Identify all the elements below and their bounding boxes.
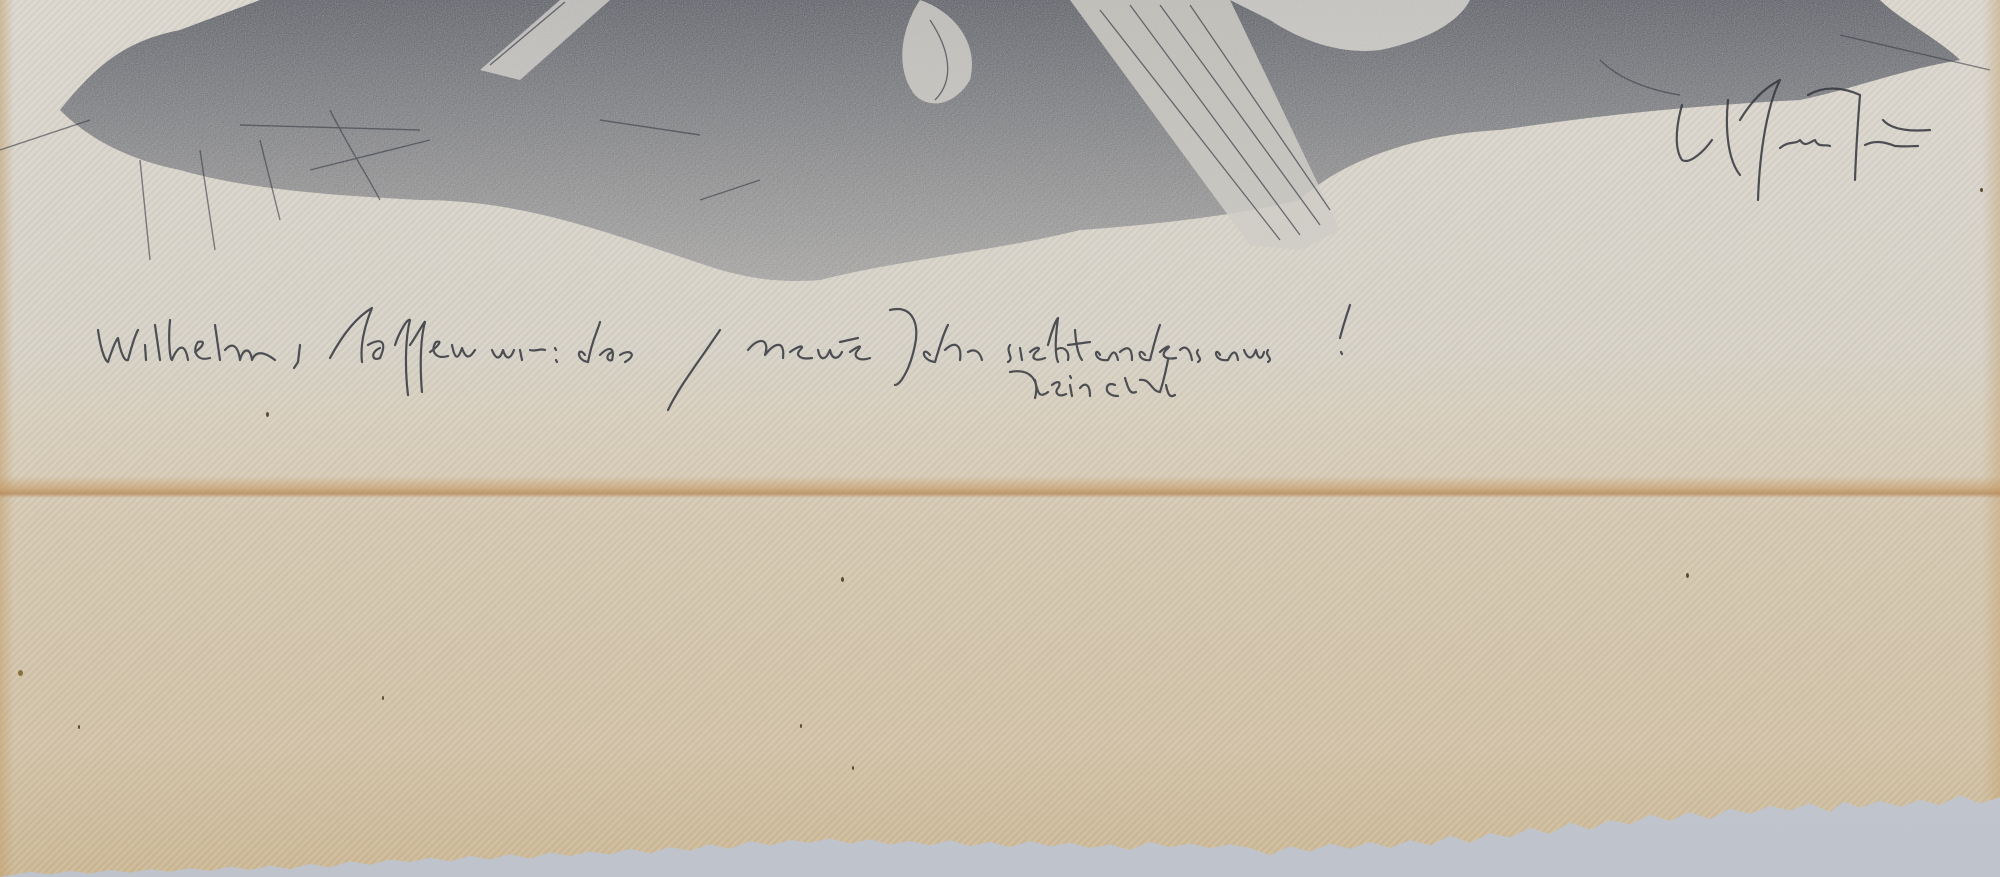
graphite-drawing xyxy=(0,0,2000,310)
foxing-speck xyxy=(841,577,844,582)
foxing-speck xyxy=(852,766,854,770)
foxing-speck xyxy=(1686,573,1689,578)
foxing-speck xyxy=(382,696,384,700)
foxing-speck xyxy=(800,724,802,728)
word-dein-carl xyxy=(1010,360,1175,398)
word-hoffen xyxy=(330,308,475,395)
word-anders xyxy=(1096,325,1200,362)
word-wilhelm xyxy=(98,320,275,362)
word-aus xyxy=(1216,305,1350,362)
foxing-speck xyxy=(1980,188,1983,192)
foxing-speck xyxy=(266,412,269,417)
word-das xyxy=(579,322,632,362)
word-wir xyxy=(492,348,557,362)
foxing-speck xyxy=(18,670,23,676)
paper-sheet xyxy=(0,0,2000,877)
photo-scene: Wilhelm, hoffen wir: das neue Jahr sieht… xyxy=(0,0,2000,877)
word-neue xyxy=(748,338,870,359)
word-sieht xyxy=(1008,318,1090,362)
foxing-speck xyxy=(78,725,80,729)
word-jahr xyxy=(890,309,982,385)
mat-tide-line xyxy=(0,476,2000,498)
